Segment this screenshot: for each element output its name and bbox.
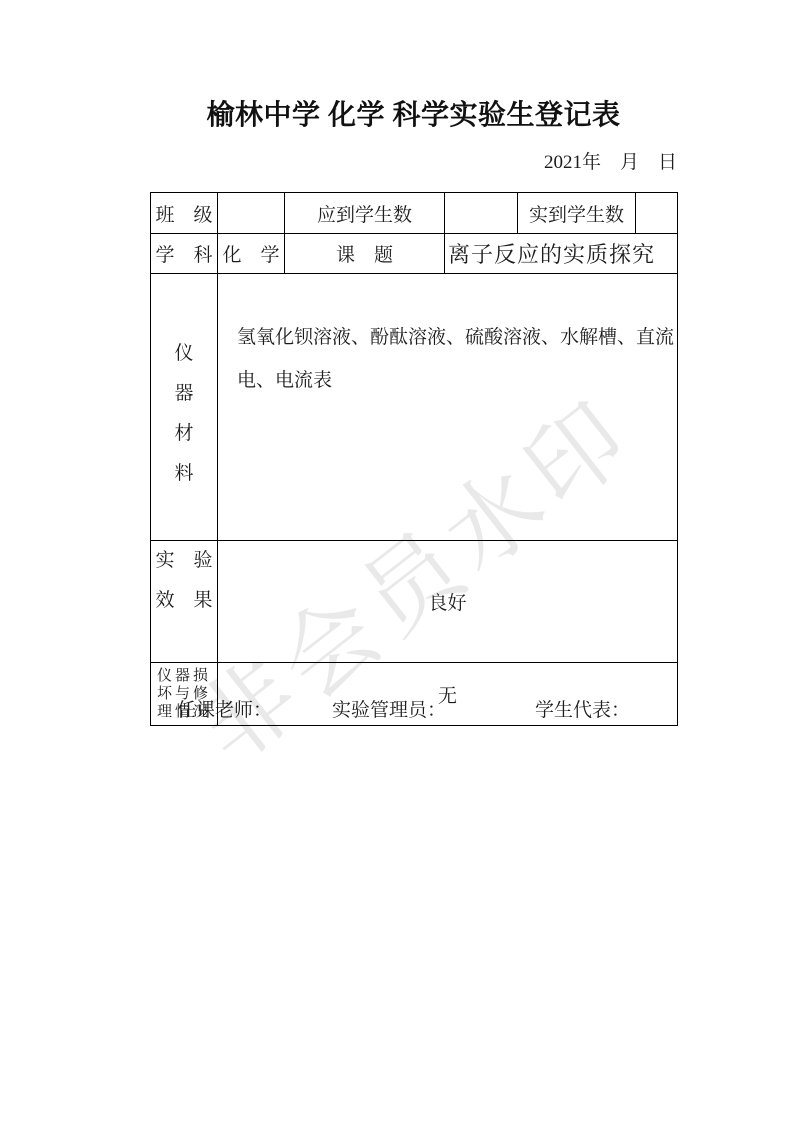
cell-actual-count-label: 实到学生数 [518,193,636,234]
cell-equipment-label: 仪 器 材 料 [151,274,218,541]
student-representative-signature-label: 学生代表： [535,695,630,722]
cell-expected-count-value [445,193,518,234]
cell-result-label: 实 验 效 果 [151,541,218,663]
document-page: 非会员水印 榆林中学 化学 科学实验生登记表 2021年 月 日 班 级 应到学… [0,0,793,1122]
cell-result-value: 良好 [218,541,678,663]
cell-topic-value: 离子反应的实质探究 [445,234,678,274]
cell-subject-value: 化 学 [218,234,285,274]
lab-manager-signature-label: 实验管理员： [332,695,446,722]
table-row-subject: 学 科 化 学 课 题 离子反应的实质探究 [151,234,678,274]
cell-subject-label: 学 科 [151,234,218,274]
teacher-signature-label: 任课老师： [177,695,272,722]
table-row-equipment: 仪 器 材 料 氢氧化钡溶液、酚酞溶液、硫酸溶液、水解槽、直流电、电流表 [151,274,678,541]
registration-table: 班 级 应到学生数 实到学生数 学 科 化 学 课 题 离子反应的实质探究 仪 … [150,192,678,726]
date-line: 2021年 月 日 [150,147,677,174]
cell-class-value [218,193,285,234]
page-title: 榆林中学 化学 科学实验生登记表 [150,93,677,133]
cell-class-label: 班 级 [151,193,218,234]
cell-topic-label: 课 题 [285,234,445,274]
table-row-class: 班 级 应到学生数 实到学生数 [151,193,678,234]
cell-actual-count-value [636,193,678,234]
signature-line: 任课老师： 实验管理员： 学生代表： [0,695,793,721]
table-row-result: 实 验 效 果 良好 [151,541,678,663]
cell-equipment-value: 氢氧化钡溶液、酚酞溶液、硫酸溶液、水解槽、直流电、电流表 [218,274,678,541]
cell-expected-count-label: 应到学生数 [285,193,445,234]
